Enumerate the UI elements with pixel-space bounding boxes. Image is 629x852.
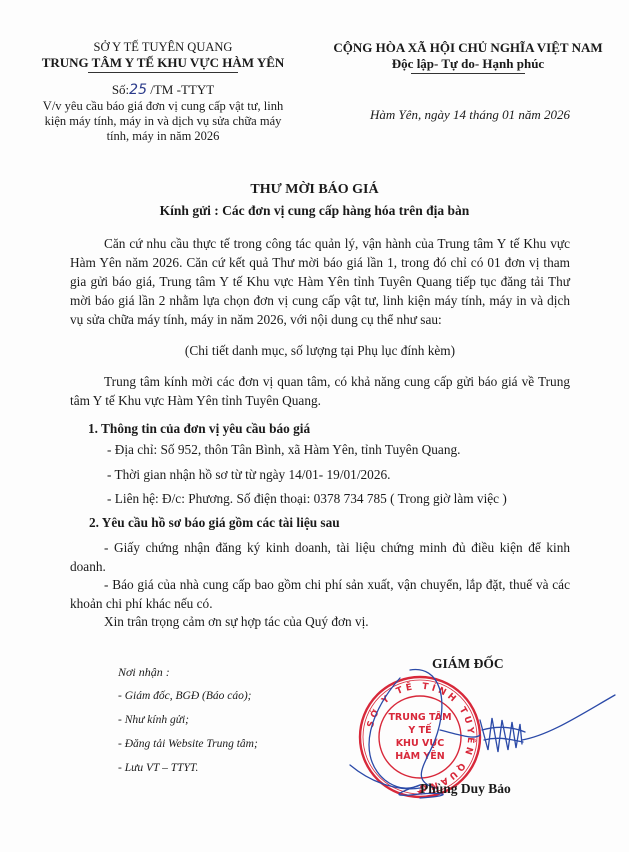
signer-name: Phùng Duy Bảo bbox=[420, 781, 511, 797]
addressee: Kính gửi : Các đơn vị cung cấp hàng hóa … bbox=[0, 203, 629, 219]
document-subject: V/v yêu cầu báo giá đơn vị cung cấp vật … bbox=[28, 99, 298, 144]
organization-underline bbox=[88, 72, 238, 73]
handwritten-signature-icon bbox=[340, 660, 620, 800]
list-item: - Báo giá của nhà cung cấp bao gồm chi p… bbox=[70, 575, 570, 613]
doc-number-prefix: Số: bbox=[112, 82, 129, 97]
subject-line: tính, máy in năm 2026 bbox=[28, 129, 298, 144]
doc-number-handwritten: 25 bbox=[129, 82, 147, 98]
subject-line: kiện máy tính, máy in và dịch vụ sửa chữ… bbox=[28, 114, 298, 129]
document-number: Số:25 /TM -TTYT bbox=[28, 82, 298, 98]
list-item: - Liên hệ: Đ/c: Phương. Số điện thoại: 0… bbox=[107, 491, 507, 507]
national-motto: Độc lập- Tự do- Hạnh phúc bbox=[318, 56, 618, 72]
issuing-organization: TRUNG TÂM Y TẾ KHU VỰC HÀM YÊN bbox=[28, 55, 298, 71]
section-2-heading: 2. Yêu cầu hồ sơ báo giá gồm các tài liệ… bbox=[89, 515, 340, 531]
place-date: Hàm Yên, ngày 14 tháng 01 năm 2026 bbox=[370, 107, 570, 123]
appendix-note: (Chi tiết danh mục, số lượng tại Phụ lục… bbox=[70, 341, 570, 360]
recipient-item: - Lưu VT – TTYT. bbox=[118, 756, 258, 780]
issuer-block: SỞ Y TẾ TUYÊN QUANG TRUNG TÂM Y TẾ KHU V… bbox=[28, 40, 298, 144]
recipients-block: Nơi nhận : - Giám đốc, BGĐ (Báo cáo); - … bbox=[118, 660, 258, 780]
subject-line: V/v yêu cầu báo giá đơn vị cung cấp vật … bbox=[28, 99, 298, 114]
recipients-title: Nơi nhận : bbox=[118, 660, 258, 684]
document-page: SỞ Y TẾ TUYÊN QUANG TRUNG TÂM Y TẾ KHU V… bbox=[0, 0, 629, 852]
invitation-paragraph: Trung tâm kính mời các đơn vị quan tâm, … bbox=[70, 372, 570, 410]
list-item: - Thời gian nhận hồ sơ từ từ ngày 14/01-… bbox=[107, 467, 390, 483]
parent-agency: SỞ Y TẾ TUYÊN QUANG bbox=[28, 40, 298, 55]
section-1-heading: 1. Thông tin của đơn vị yêu cầu báo giá bbox=[88, 421, 310, 437]
list-item: - Giấy chứng nhận đăng ký kinh doanh, tà… bbox=[70, 538, 570, 576]
doc-number-suffix: /TM -TTYT bbox=[150, 82, 214, 97]
intro-paragraph: Căn cứ nhu cầu thực tế trong công tác qu… bbox=[70, 234, 570, 329]
recipient-item: - Giám đốc, BGĐ (Báo cáo); bbox=[118, 684, 258, 708]
motto-underline bbox=[411, 73, 525, 74]
recipient-item: - Đăng tải Website Trung tâm; bbox=[118, 732, 258, 756]
recipient-item: - Như kính gửi; bbox=[118, 708, 258, 732]
document-title: THƯ MỜI BÁO GIÁ bbox=[0, 182, 629, 198]
list-item: - Địa chỉ: Số 952, thôn Tân Bình, xã Hàm… bbox=[107, 442, 460, 458]
national-header: CỘNG HÒA XÃ HỘI CHỦ NGHĨA VIỆT NAM Độc l… bbox=[318, 40, 618, 74]
closing-line: Xin trân trọng cảm ơn sự hợp tác của Quý… bbox=[70, 612, 570, 631]
nation-title: CỘNG HÒA XÃ HỘI CHỦ NGHĨA VIỆT NAM bbox=[318, 40, 618, 56]
